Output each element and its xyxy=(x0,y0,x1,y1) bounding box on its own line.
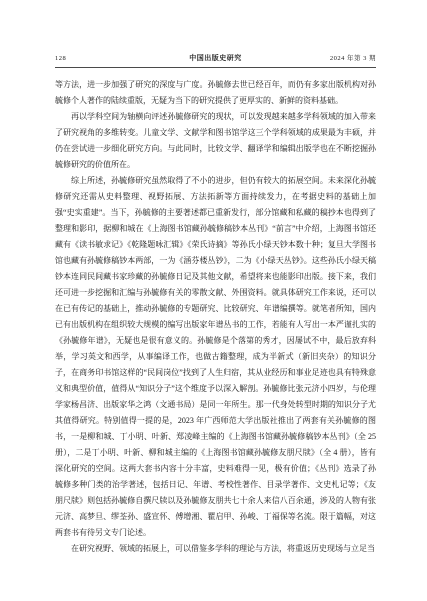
page-number: 128 xyxy=(55,55,115,62)
page-header: 128 中国出版史研究 2024 年第 3 期 xyxy=(55,0,376,63)
journal-title: 中国出版史研究 xyxy=(189,53,242,63)
page-content: 128 中国出版史研究 2024 年第 3 期 等方法，进一步加强了研究的深度与… xyxy=(55,0,376,557)
body-paragraph: 再以学科空间为轴横向评述孙毓修研究的现状，可以发现越来越多学科领域的加入带来了研… xyxy=(55,109,376,173)
body-paragraph: 等方法，进一步加强了研究的深度与广度。孙毓修去世已经百年，而仍有多家出版机构对孙… xyxy=(55,77,376,109)
header-divider xyxy=(55,67,376,68)
body-paragraph: 在研究视野、领域的拓展上，可以借鉴多学科的理论与方法，将重返历史现场与立足当 xyxy=(55,541,376,557)
article-body: 等方法，进一步加强了研究的深度与广度。孙毓修去世已经百年，而仍有多家出版机构对孙… xyxy=(55,77,376,557)
journal-page: 128 中国出版史研究 2024 年第 3 期 等方法，进一步加强了研究的深度与… xyxy=(0,0,427,601)
body-paragraph: 综上所述，孙毓修研究虽然取得了不小的进步，但仍有较大的拓展空间。未来深化孙毓修研… xyxy=(55,173,376,541)
issue-label: 2024 年第 3 期 xyxy=(316,53,376,62)
